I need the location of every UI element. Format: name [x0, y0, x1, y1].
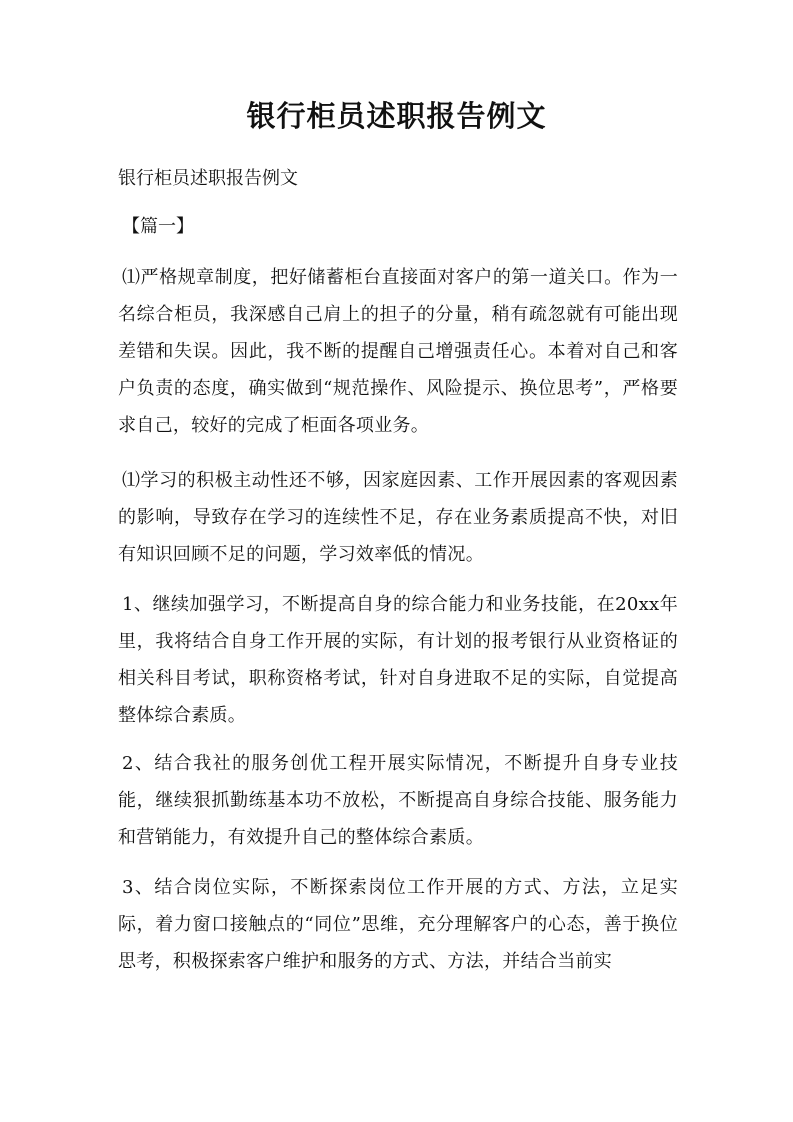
document-subtitle: 银行柜员述职报告例文 [118, 165, 298, 193]
paragraph-plan-2: 2、结合我社的服务创优工程开展实际情况，不断提升自身专业技能，继续狠抓勤练基本功… [118, 745, 678, 856]
paragraph-strict-regulations: ⑴严格规章制度，把好储蓄柜台直接面对客户的第一道关口。作为一名综合柜员，我深感自… [118, 259, 678, 444]
section-label: 【篇一】 [122, 213, 194, 241]
paragraph-plan-1: 1、继续加强学习，不断提高自身的综合能力和业务技能，在20xx年里，我将结合自身… [118, 586, 678, 734]
document-title: 银行柜员述职报告例文 [0, 96, 793, 136]
document-page: 银行柜员述职报告例文 银行柜员述职报告例文 【篇一】 ⑴严格规章制度，把好储蓄柜… [0, 0, 793, 1122]
paragraph-learning-shortfall: ⑴学习的积极主动性还不够，因家庭因素、工作开展因素的客观因素的影响，导致存在学习… [118, 462, 678, 573]
paragraph-plan-3: 3、结合岗位实际，不断探索岗位工作开展的方式、方法，立足实际，着力窗口接触点的“… [118, 869, 678, 980]
